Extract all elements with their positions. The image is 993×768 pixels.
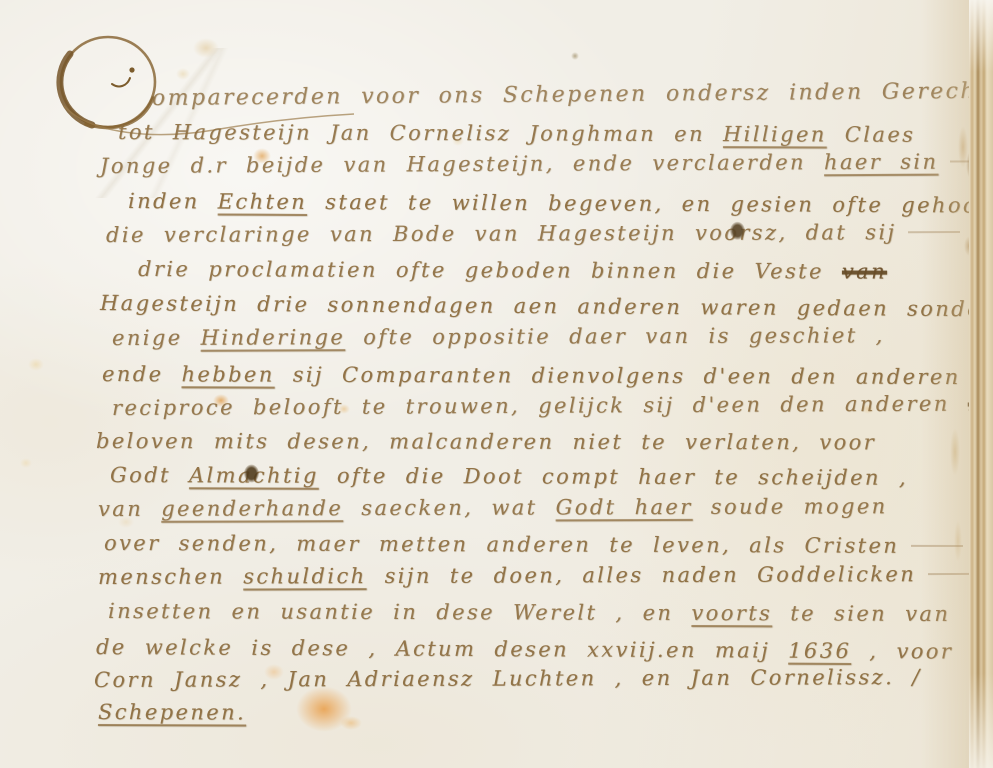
manuscript-page-scan: omparecerden voor ons Schepenen ondersz … bbox=[0, 0, 993, 768]
manuscript-text-segment: Hinderinge bbox=[201, 325, 346, 350]
manuscript-text-segment: te sien van arte bbox=[772, 601, 993, 626]
manuscript-text-segment: die verclaringe van Bode van Hagesteijn bbox=[106, 221, 695, 247]
manuscript-text-segment: Jonge d.r beijde van Hagesteijn, ende ve… bbox=[100, 150, 824, 178]
manuscript-line: tot Hagesteijn Jan Cornelisz Jonghman en… bbox=[118, 120, 915, 147]
manuscript-text-segment: beloven mits desen, malcanderen niet te … bbox=[96, 429, 876, 454]
manuscript-text-segment: van bbox=[842, 259, 887, 283]
manuscript-text-segment: soude mogen bbox=[693, 494, 888, 519]
manuscript-text-segment: saecken, wat bbox=[343, 495, 555, 520]
manuscript-text-segment: enige bbox=[112, 326, 201, 350]
manuscript-line: die verclaringe van Bode van Hagesteijn … bbox=[106, 220, 961, 247]
manuscript-line: Jonge d.r beijde van Hagesteijn, ende ve… bbox=[100, 149, 993, 178]
manuscript-text-segment: Godt haer bbox=[556, 495, 693, 519]
manuscript-line: van geenderhande saecken, wat Godt haer … bbox=[98, 494, 888, 521]
manuscript-text-segment: reciproce belooft te trouwen, gelijck si… bbox=[112, 392, 968, 420]
manuscript-text-segment: drie proclamatien ofte geboden binnen di… bbox=[138, 257, 842, 283]
handwritten-text-block: omparecerden voor ons Schepenen ondersz … bbox=[0, 0, 993, 768]
manuscript-line: enige Hinderinge ofte oppositie daer van… bbox=[112, 323, 885, 350]
manuscript-text-segment: omparecerden voor ons Schepenen ondersz … bbox=[152, 79, 993, 111]
manuscript-line: menschen schuldich sijn te doen, alles n… bbox=[98, 562, 980, 589]
manuscript-line: over senden, maer metten anderen te leve… bbox=[104, 531, 963, 558]
manuscript-text-segment: de welcke is dese , Actum desen xxviij.e… bbox=[96, 635, 788, 663]
manuscript-text-segment: Almachtig bbox=[189, 463, 319, 487]
manuscript-line: reciproce belooft te trouwen, gelijck si… bbox=[112, 391, 993, 420]
manuscript-text-segment: 1636 bbox=[788, 639, 851, 663]
book-page-edges bbox=[969, 0, 993, 768]
manuscript-text-segment: , voor bbox=[851, 639, 953, 664]
manuscript-text-segment: ofte die Doot compt haer te scheijden , bbox=[319, 464, 908, 490]
manuscript-line: Schepenen. bbox=[98, 700, 246, 725]
manuscript-line: ende hebben sij Comparanten dienvolgens … bbox=[102, 362, 993, 389]
manuscript-text-segment: Hilligen bbox=[723, 122, 827, 146]
manuscript-text-segment: Hagesteijn drie sonnendagen aen anderen … bbox=[100, 291, 993, 321]
manuscript-text-segment: Schepenen. bbox=[98, 700, 246, 725]
manuscript-text-segment: staet te willen begeven, en gesien ofte … bbox=[307, 190, 993, 218]
manuscript-line: insetten en usantie in dese Werelt , en … bbox=[108, 599, 993, 626]
manuscript-line: beloven mits desen, malcanderen niet te … bbox=[96, 429, 876, 454]
manuscript-text-segment: sij Comparanten dienvolgens d'een den an… bbox=[275, 363, 961, 389]
manuscript-text-segment: Claes bbox=[827, 122, 916, 146]
manuscript-text-segment: voorts bbox=[691, 601, 772, 625]
manuscript-line: Godt Almachtig ofte die Doot compt haer … bbox=[110, 463, 908, 490]
manuscript-text-segment: haer sin bbox=[824, 150, 939, 175]
manuscript-line: de welcke is dese , Actum desen xxviij.e… bbox=[96, 635, 953, 663]
manuscript-text-segment: voorsz bbox=[695, 221, 779, 245]
line-filler-dash bbox=[911, 545, 963, 547]
manuscript-line: Hagesteijn drie sonnendagen aen anderen … bbox=[100, 291, 993, 321]
manuscript-text-segment: tot Hagesteijn Jan Cornelisz Jonghman en bbox=[118, 120, 723, 146]
manuscript-text-segment: Godt bbox=[110, 463, 189, 487]
manuscript-line: Corn Jansz , Jan Adriaensz Luchten , en … bbox=[94, 665, 922, 692]
manuscript-text-segment: insetten en usantie in dese Werelt , en bbox=[108, 599, 692, 625]
line-filler-dash bbox=[908, 231, 960, 233]
manuscript-text-segment: menschen bbox=[98, 564, 243, 589]
manuscript-text-segment: ofte oppositie daer van is geschiet , bbox=[345, 323, 885, 349]
manuscript-text-segment: van bbox=[98, 497, 161, 521]
manuscript-text-segment: Corn Jansz , Jan Adriaensz Luchten , en … bbox=[94, 665, 922, 692]
manuscript-text-segment: sijn te doen, alles naden Goddelicken bbox=[366, 562, 916, 588]
manuscript-text-segment: inden bbox=[128, 189, 218, 213]
manuscript-text-segment: schuldich bbox=[243, 564, 366, 588]
manuscript-line: drie proclamatien ofte geboden binnen di… bbox=[138, 257, 887, 284]
manuscript-text-segment: Echten bbox=[218, 189, 308, 213]
manuscript-text-segment: ende bbox=[102, 362, 182, 386]
manuscript-text-segment: geenderhande bbox=[161, 496, 343, 521]
manuscript-text-segment: over senden, maer metten anderen te leve… bbox=[104, 531, 899, 558]
manuscript-line: inden Echten staet te willen begeven, en… bbox=[128, 189, 993, 218]
manuscript-line: omparecerden voor ons Schepenen ondersz … bbox=[152, 78, 993, 111]
manuscript-text-segment: hebben bbox=[181, 362, 274, 386]
manuscript-text-segment: , dat sij bbox=[778, 220, 896, 244]
